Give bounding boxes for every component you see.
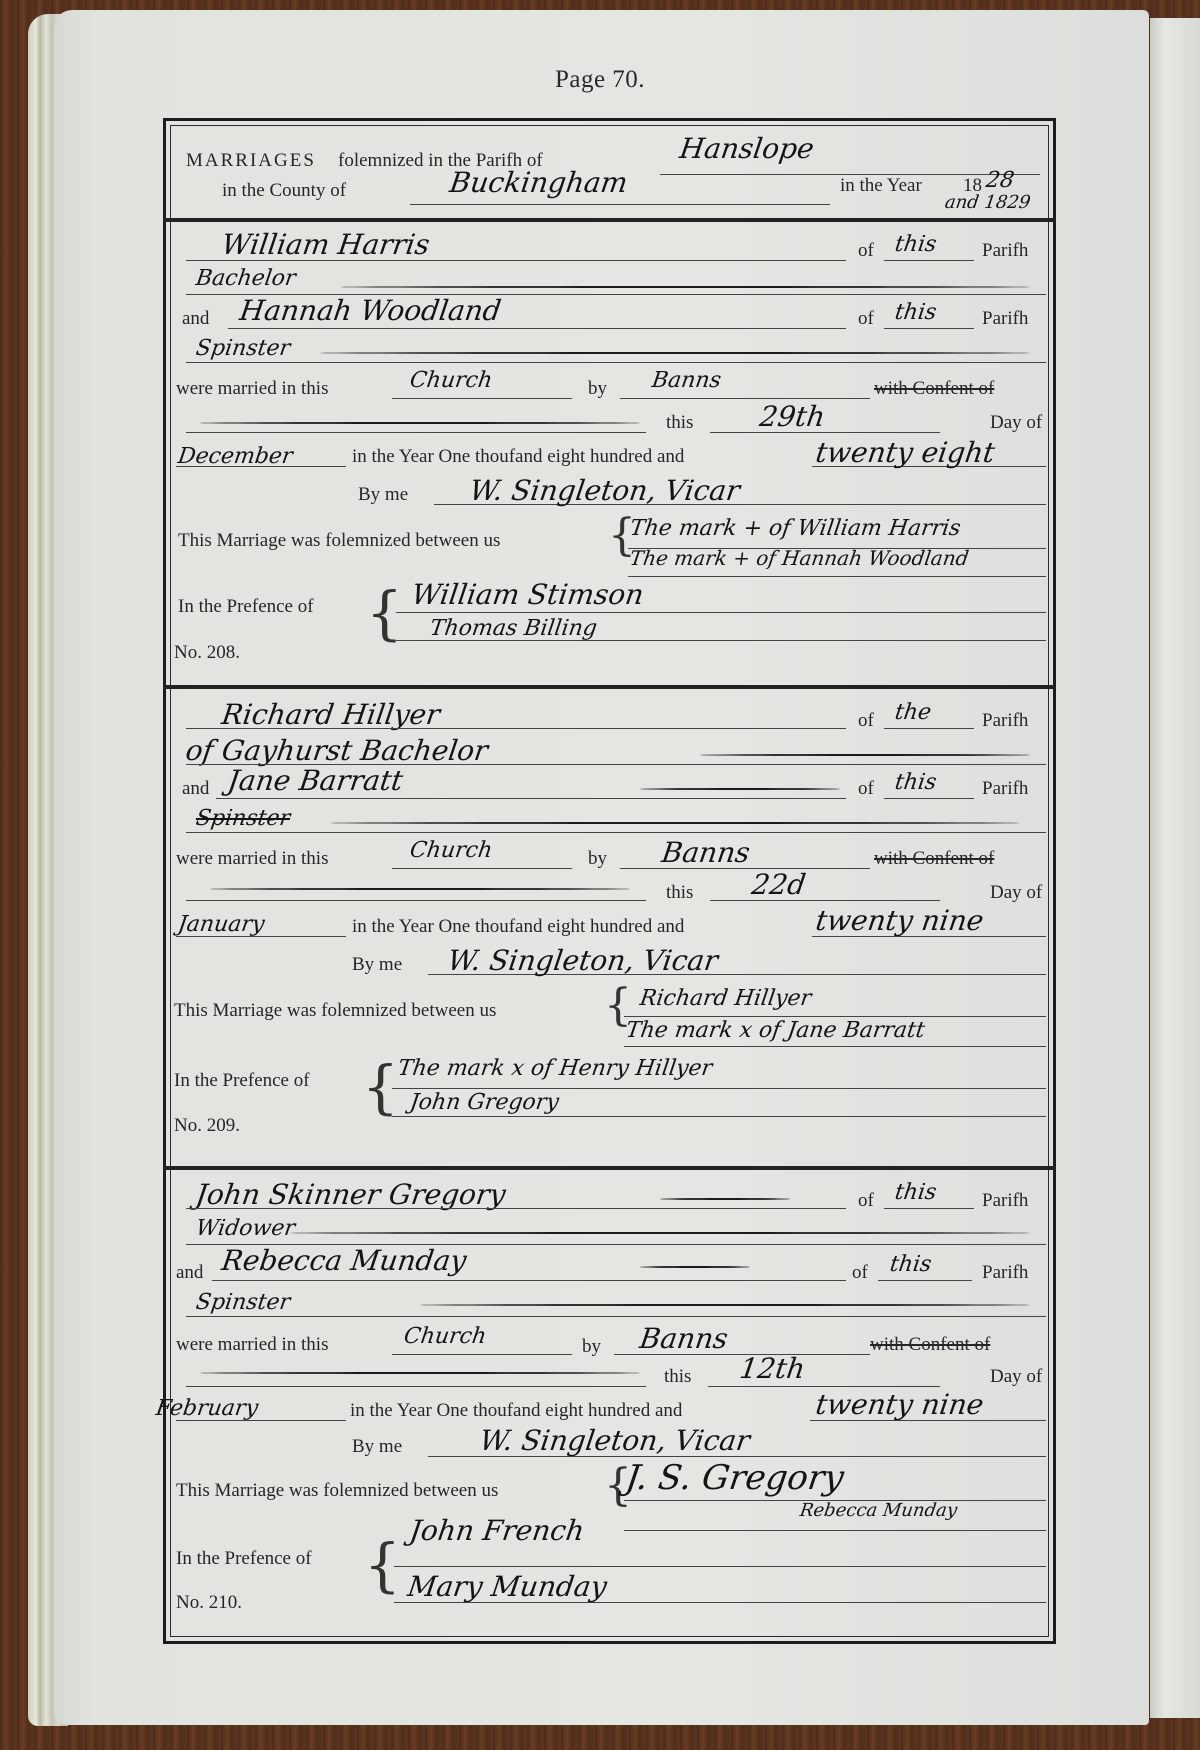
rule-line [186,1208,846,1209]
rule-line [186,1386,646,1387]
signature-1: J. S. Gregory [623,1458,846,1498]
rule-line [624,1530,1046,1531]
label-in-presence: In the Prefence of [176,1548,312,1570]
rule-line [394,1602,1046,1603]
groom-of: this [893,1180,938,1205]
rule-line [878,1280,972,1281]
bride-status: Spinster [194,1290,292,1315]
label-solemnized-between: This Marriage was folemnized between us [176,1480,498,1502]
fill-dash [640,1266,750,1268]
bride-of: this [888,1252,933,1277]
fill-dash [200,1372,640,1374]
rule-line [392,1354,572,1355]
marriage-day: 12th [738,1352,808,1385]
label-parish: Parifh [982,1190,1028,1212]
label-in-the-year: in the Year One thoufand eight hundred a… [350,1400,682,1422]
witness-1: John French [408,1514,587,1547]
label-and: and [176,1262,203,1284]
rule-line [708,1386,940,1387]
bride-name: Rebecca Munday [220,1244,469,1277]
label-day-of: Day of [990,1366,1042,1388]
rule-line [394,1566,1046,1567]
groom-name: John Skinner Gregory [194,1178,508,1211]
label-of: of [852,1262,868,1284]
marriage-year-words: twenty nine [814,1388,986,1421]
fill-dash [420,1304,1030,1306]
marriage-month: February [154,1396,259,1421]
rule-line [176,1420,346,1421]
marriage-method: Banns [638,1322,730,1355]
rule-line [212,1280,846,1281]
signature-2: Rebecca Munday [799,1500,959,1521]
entry-number: No. 210. [176,1592,242,1614]
label-of: of [858,1190,874,1212]
label-by: by [582,1336,601,1358]
marriage-place: Church [402,1324,488,1349]
label-this: this [664,1366,691,1388]
rule-line [186,1316,1046,1317]
witness-2: Mary Munday [406,1570,609,1603]
rule-line [884,1208,974,1209]
groom-status: Widower [194,1216,296,1241]
fill-dash [290,1232,1030,1234]
brace: { [364,1536,401,1594]
label-with-consent: with Confent of [870,1334,990,1356]
marriage-entry-210: John Skinner Gregory of this Parifh Wido… [0,952,1200,1712]
label-by-me: By me [352,1436,402,1458]
officiant-signature: W. Singleton, Vicar [478,1424,752,1457]
label-parish: Parifh [982,1262,1028,1284]
label-were-married: were married in this [176,1334,328,1356]
fill-dash [660,1198,790,1200]
